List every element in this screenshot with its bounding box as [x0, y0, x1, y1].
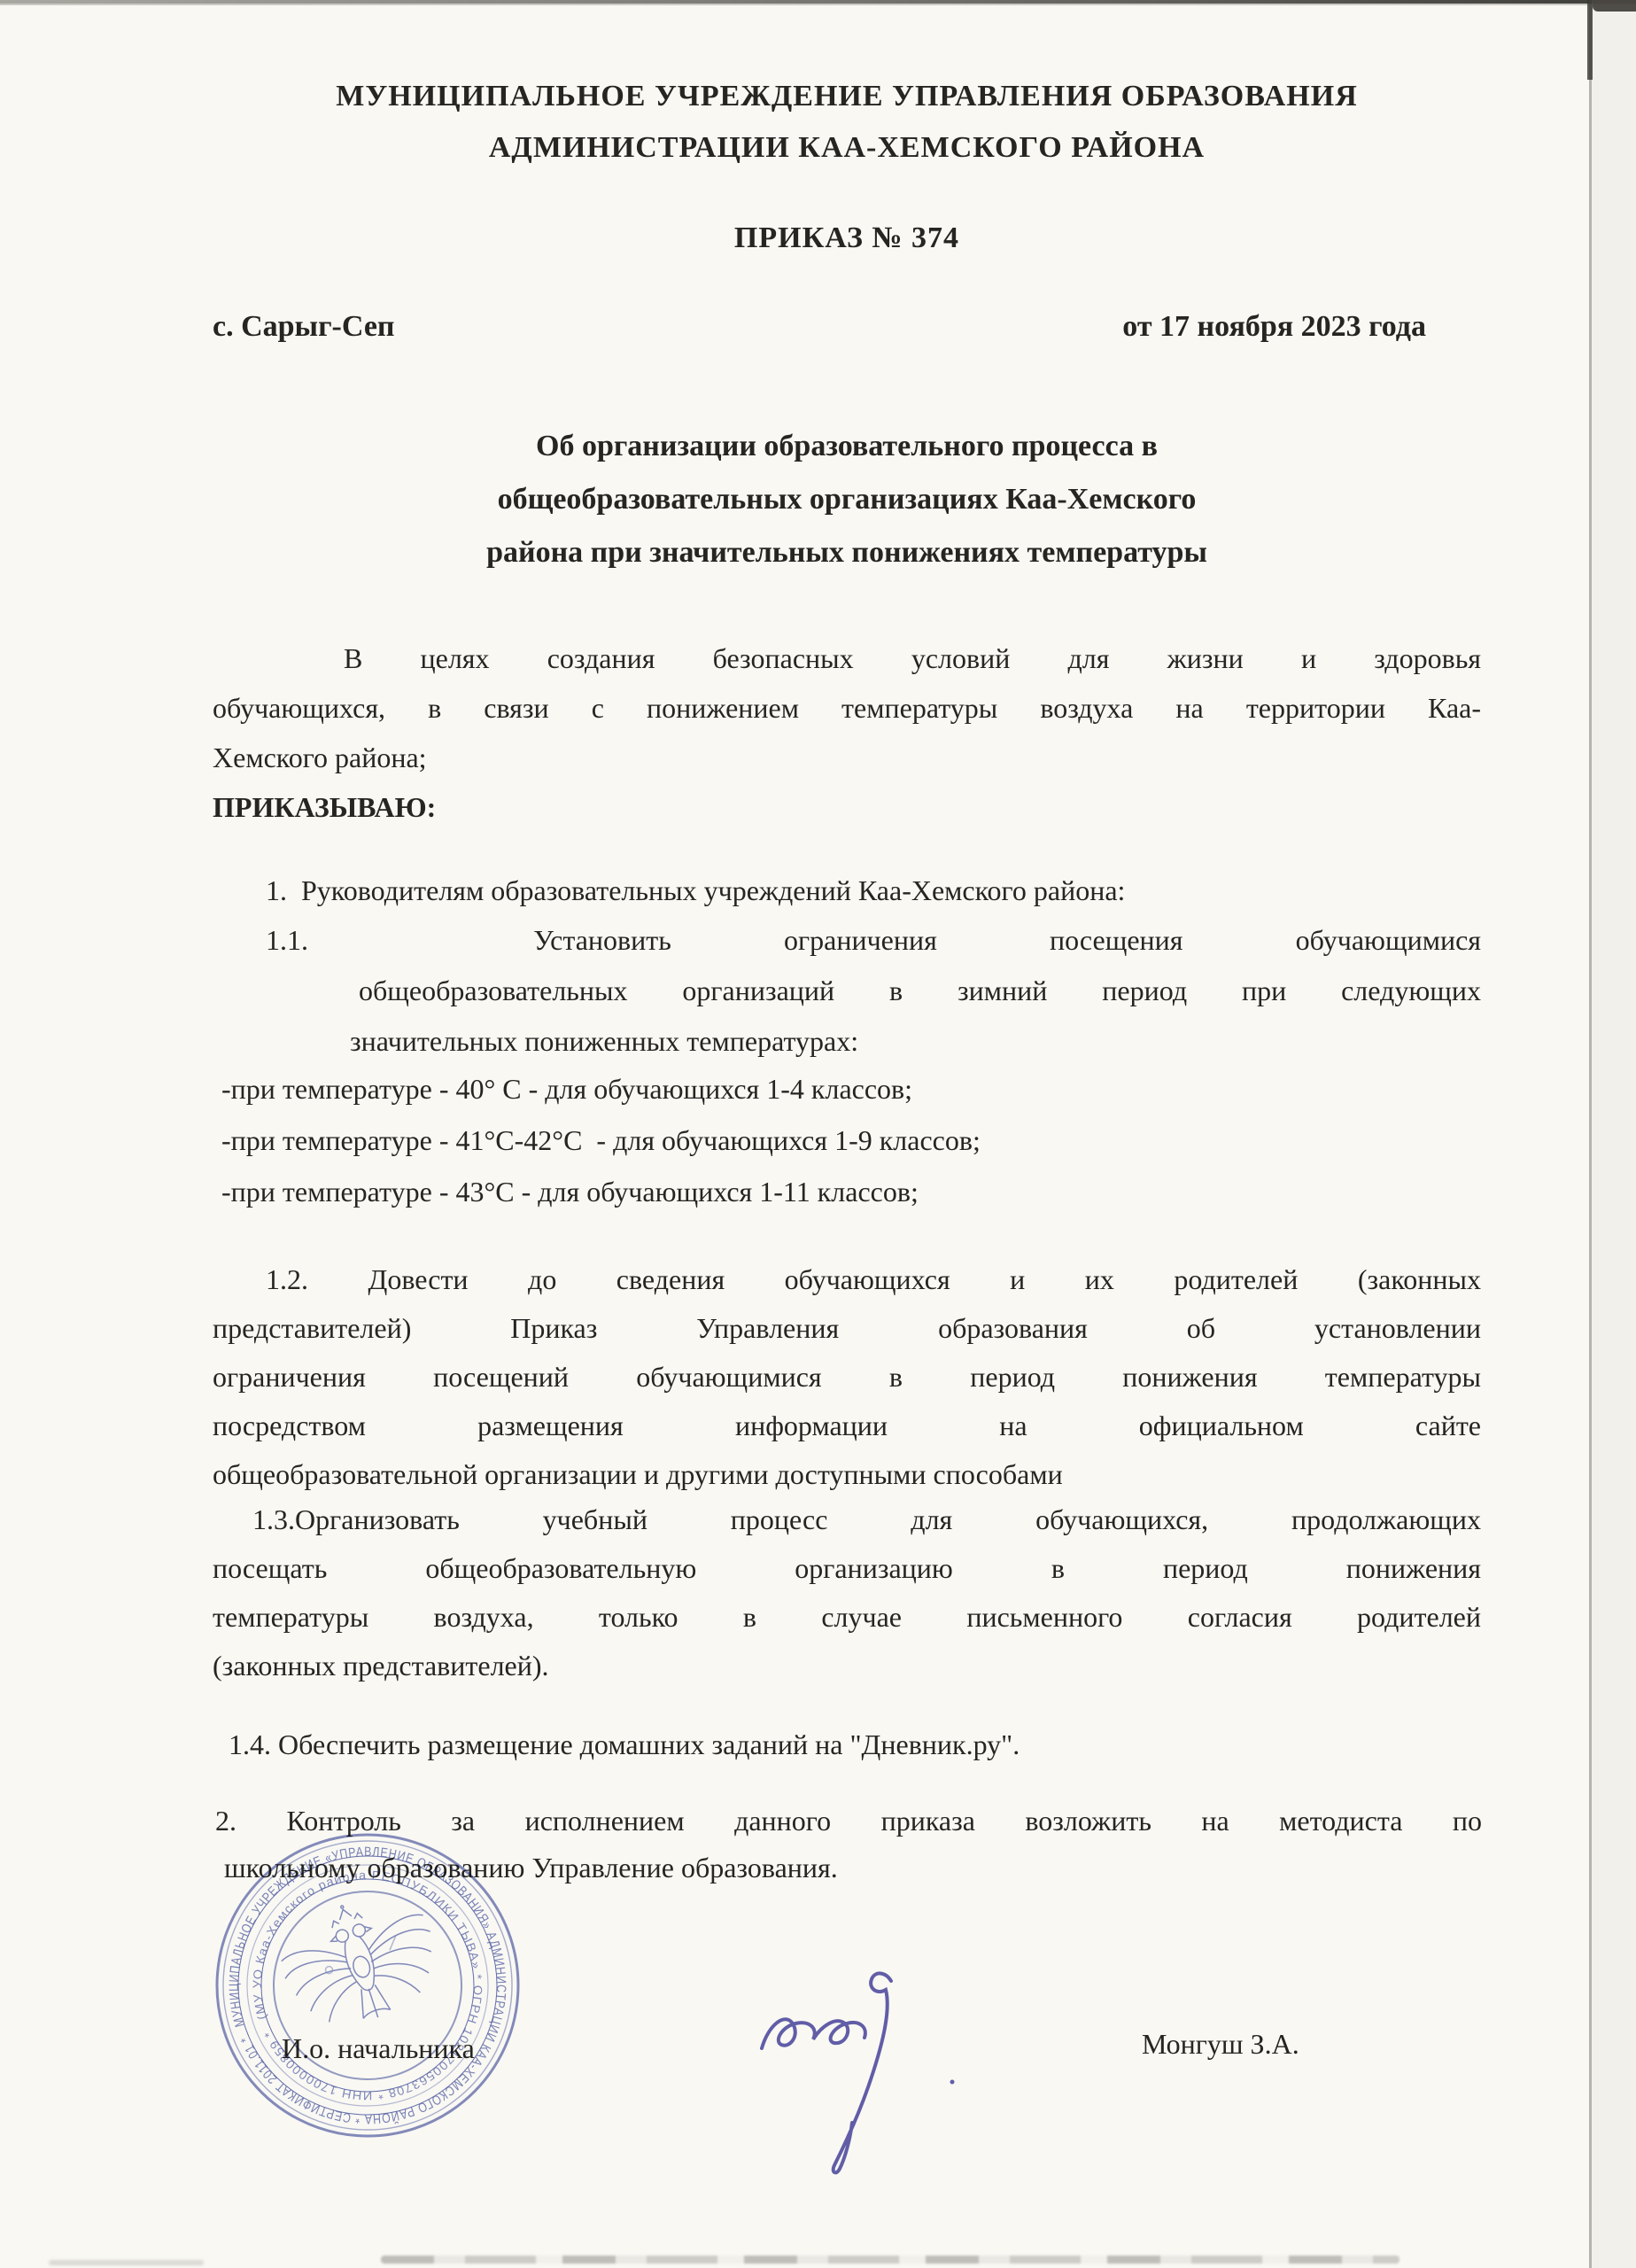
preamble-line: В целях создания безопасных условий для …	[213, 633, 1481, 683]
item-line: представителей) Приказ Управления образо…	[213, 1304, 1481, 1353]
preamble-line: Хемского района;	[213, 733, 1481, 782]
scan-edge-top-shadow	[0, 4, 1636, 5]
order-item-1-3: 1.3.Организовать учебный процесс для обу…	[213, 1495, 1481, 1690]
item-line: общеобразовательных организаций в зимний…	[213, 966, 1481, 1016]
item-line: значительных пониженных температурах:	[213, 1016, 1481, 1067]
item-line: 1.3.Организовать учебный процесс для обу…	[213, 1495, 1481, 1544]
preamble: В целях создания безопасных условий для …	[213, 633, 1481, 832]
organization-name-line2: АДМИНИСТРАЦИИ КАА-ХЕМСКОГО РАЙОНА	[213, 122, 1481, 174]
stamp-inner-text: (МУ УО Каа-Хемского района РЕСПУБЛИКИ ТЫ…	[221, 1838, 516, 2133]
subject-line: района при значительных понижениях темпе…	[213, 526, 1481, 579]
item-line: 1.1. Установить ограничения посещения об…	[213, 915, 1481, 966]
scan-edge-right-line	[1589, 0, 1592, 2268]
temperature-rule: -при температуре - 40° С - для обучающих…	[221, 1063, 981, 1115]
order-title: ПРИКАЗ № 374	[213, 221, 1481, 255]
temperature-rules-list: -при температуре - 40° С - для обучающих…	[221, 1063, 981, 1217]
signature-scribble	[762, 2019, 865, 2048]
order-item-1: 1. Руководителям образовательных учрежде…	[266, 866, 1125, 915]
issue-place: с. Сарыг-Сеп	[213, 310, 395, 344]
scan-edge-right-strip	[1592, 0, 1636, 2268]
preamble-line: обучающихся, в связи с понижением темпер…	[213, 683, 1481, 733]
item-line: 1.2. Довести до сведения обучающихся и и…	[213, 1255, 1481, 1304]
stamp-inner-ring	[249, 1867, 485, 2103]
scan-bottom-smudge-left	[49, 2260, 204, 2265]
item-line: температуры воздуха, только в случае пис…	[213, 1593, 1481, 1642]
item-line: общеобразовательной организации и другим…	[213, 1450, 1481, 1499]
issue-date: от 17 ноября 2023 года	[1122, 310, 1426, 344]
item-line: (законных представителей).	[213, 1642, 1481, 1690]
item-line: посредством размещения информации на офи…	[213, 1402, 1481, 1450]
temperature-rule: -при температуре - 43°С - для обучающихс…	[221, 1166, 981, 1217]
order-item-1-2: 1.2. Довести до сведения обучающихся и и…	[213, 1255, 1481, 1499]
signature-flourish	[834, 1973, 891, 2172]
item-line: посещать общеобразовательную организацию…	[213, 1544, 1481, 1593]
handwritten-signature	[735, 1949, 983, 2188]
signatory-name: Монгуш З.А.	[1142, 2024, 1299, 2063]
scanned-order-document: МУНИЦИПАЛЬНОЕ УЧРЕЖДЕНИЕ УПРАВЛЕНИЯ ОБРА…	[0, 0, 1636, 2268]
scan-edge-right-top	[1587, 0, 1593, 80]
order-item-1-4: 1.4. Обеспечить размещение домашних зада…	[229, 1720, 1020, 1769]
decree-word: ПРИКАЗЫВАЮ:	[213, 782, 1481, 832]
scan-bottom-smudge	[381, 2256, 1400, 2264]
organization-header: МУНИЦИПАЛЬНОЕ УЧРЕЖДЕНИЕ УПРАВЛЕНИЯ ОБРА…	[213, 71, 1481, 174]
item-line: ограничения посещений обучающимися в пер…	[213, 1353, 1481, 1402]
subject-line: общеобразовательных организациях Каа-Хем…	[213, 473, 1481, 526]
subject-line: Об организации образовательного процесса…	[213, 420, 1481, 473]
scan-corner-mark	[1593, 0, 1636, 12]
temperature-rule: -при температуре - 41°С-42°С - для обуча…	[221, 1115, 981, 1166]
organization-name-line1: МУНИЦИПАЛЬНОЕ УЧРЕЖДЕНИЕ УПРАВЛЕНИЯ ОБРА…	[213, 71, 1481, 122]
signature-dot	[950, 2080, 955, 2085]
official-round-stamp: МУНИЦИПАЛЬНОЕ УЧРЕЖДЕНИЕ «УПРАВЛЕНИЕ ОБР…	[208, 1826, 527, 2145]
order-subject: Об организации образовательного процесса…	[213, 420, 1481, 579]
order-item-1-1: 1.1. Установить ограничения посещения об…	[213, 915, 1481, 1067]
